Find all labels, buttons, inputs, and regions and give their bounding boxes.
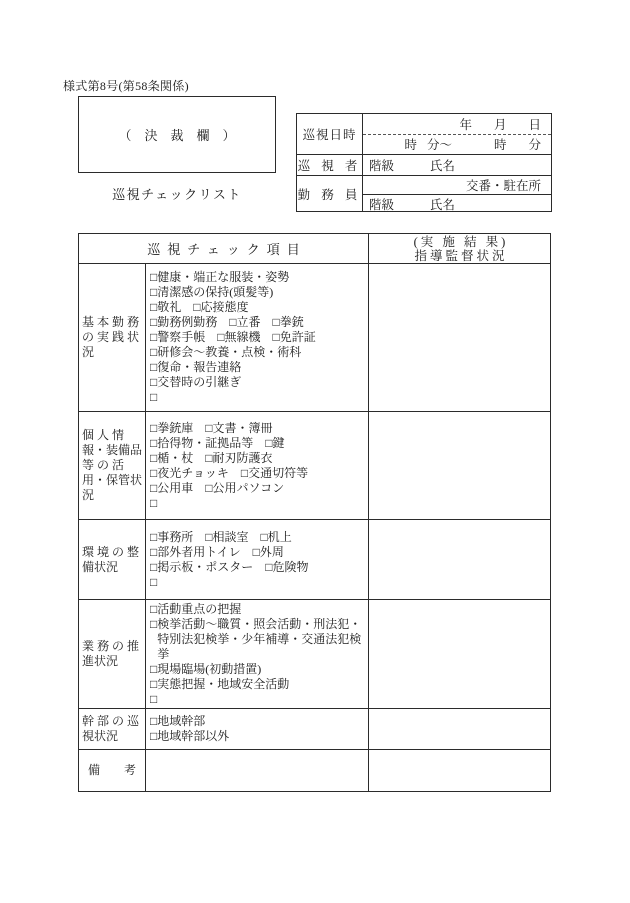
checklist-header-row: 巡視チェック項目 (実 施 結 果) 指導監督状況 bbox=[79, 234, 550, 264]
checkbox-icon: □ bbox=[150, 530, 157, 545]
check-items-cell: □地域幹部□地域幹部以外 bbox=[146, 709, 369, 749]
checkbox-icon: □ bbox=[150, 436, 157, 451]
minute-to-label: 分 bbox=[528, 135, 541, 153]
check-item-label: 無線機 bbox=[225, 330, 261, 345]
checkbox-icon: □ bbox=[205, 451, 212, 466]
checkbox-icon: □ bbox=[150, 466, 157, 481]
check-item-label: 耐刃防護衣 bbox=[213, 451, 273, 466]
checkbox-icon: □ bbox=[150, 617, 157, 662]
check-item-label: 事務所 bbox=[157, 530, 193, 545]
inspector-row: 巡 視 者 階級 氏名 bbox=[297, 154, 551, 175]
check-line: □ bbox=[150, 692, 365, 707]
inspector-name-label: 氏名 bbox=[430, 156, 455, 174]
check-item-label: 地域幹部 bbox=[157, 714, 205, 729]
check-line: □拳銃庫□文書・簿冊 bbox=[150, 421, 365, 436]
check-line: □警察手帳□無線機□免許証 bbox=[150, 330, 365, 345]
checkbox-icon: □ bbox=[217, 330, 224, 345]
checkbox-icon: □ bbox=[150, 575, 157, 590]
check-item: □ bbox=[150, 575, 157, 590]
checkbox-icon: □ bbox=[150, 729, 157, 744]
check-item: □免許証 bbox=[273, 330, 316, 345]
category-cell: 基 本 勤 務 の 実 践 状 況 bbox=[79, 264, 146, 411]
check-item-label: 現場臨場(初動措置) bbox=[157, 662, 261, 677]
result-cell bbox=[369, 412, 550, 519]
check-line: □事務所□相談室□机上 bbox=[150, 530, 365, 545]
checkbox-icon: □ bbox=[150, 545, 157, 560]
date-line: 年 月 日 bbox=[363, 114, 551, 134]
check-item-label: 警察手帳 bbox=[157, 330, 205, 345]
datetime-label: 巡視日時 bbox=[297, 114, 363, 154]
station-line: 交番・駐在所 bbox=[363, 176, 551, 195]
form-number: 様式第8号(第58条関係) bbox=[63, 77, 189, 94]
checkbox-icon: □ bbox=[150, 451, 157, 466]
check-item: □地域幹部以外 bbox=[150, 729, 229, 744]
result-cell bbox=[369, 709, 550, 749]
check-item: □活動重点の把握 bbox=[150, 602, 241, 617]
category-cell: 個 人 情 報・装備品 等 の 活 用・保管状 況 bbox=[79, 412, 146, 519]
day-label: 日 bbox=[528, 115, 541, 133]
check-line: □研修会～教養・点検・術科 bbox=[150, 345, 365, 360]
check-item: □外周 bbox=[253, 545, 284, 560]
check-item-label: 研修会～教養・点検・術科 bbox=[157, 345, 301, 360]
check-item-label: 夜光チョッキ bbox=[157, 466, 229, 481]
check-item: □研修会～教養・点検・術科 bbox=[150, 345, 301, 360]
check-item-label: 相談室 bbox=[213, 530, 249, 545]
checkbox-icon: □ bbox=[193, 300, 200, 315]
check-item-label: 活動重点の把握 bbox=[157, 602, 241, 617]
check-item-label: 机上 bbox=[268, 530, 292, 545]
checkbox-icon: □ bbox=[150, 602, 157, 617]
checklist-row: 基 本 勤 務 の 実 践 状 況□健康・端正な服装・姿勢□清潔感の保持(頭髪等… bbox=[79, 264, 550, 411]
checkbox-icon: □ bbox=[150, 300, 157, 315]
inspector-label: 巡 視 者 bbox=[297, 155, 363, 175]
check-item-label: 復命・報告連絡 bbox=[157, 360, 241, 375]
checkbox-icon: □ bbox=[205, 481, 212, 496]
year-label: 年 bbox=[459, 115, 472, 133]
check-items-cell: □事務所□相談室□机上□部外者用トイレ□外周□掲示板・ポスター□危険物□ bbox=[146, 520, 369, 599]
check-item-label: 交通切符等 bbox=[248, 466, 308, 481]
check-items-cell: □活動重点の把握□検挙活動～職質・照会活動・刑法犯・特別法犯検挙・少年補導・交通… bbox=[146, 600, 369, 708]
check-item: □公用パソコン bbox=[205, 481, 284, 496]
approval-box: （ 決 裁 欄 ） bbox=[78, 96, 276, 173]
check-item-label: 公用パソコン bbox=[213, 481, 285, 496]
check-item: □警察手帳 bbox=[150, 330, 205, 345]
check-item-label: 拳銃庫 bbox=[157, 421, 193, 436]
checkbox-icon: □ bbox=[273, 315, 280, 330]
check-item: □敬礼 bbox=[150, 300, 181, 315]
check-item: □危険物 bbox=[265, 560, 308, 575]
hour-to-label: 時 bbox=[494, 135, 507, 153]
staff-rankname-line: 階級 氏名 bbox=[363, 195, 551, 213]
check-item-label: 立番 bbox=[237, 315, 261, 330]
check-items-column-header: 巡視チェック項目 bbox=[79, 234, 369, 263]
check-item-label: 拾得物・証拠品等 bbox=[157, 436, 253, 451]
check-item-label: 危険物 bbox=[273, 560, 309, 575]
minute-from-label: 分～ bbox=[427, 135, 452, 153]
checkbox-icon: □ bbox=[229, 315, 236, 330]
check-item-label: 外周 bbox=[260, 545, 284, 560]
check-item-label: 文書・簿冊 bbox=[213, 421, 273, 436]
check-line: □清潔感の保持(頭髪等) bbox=[150, 285, 365, 300]
check-item-label: 地域幹部以外 bbox=[157, 729, 229, 744]
check-item: □文書・簿冊 bbox=[205, 421, 272, 436]
result-cell bbox=[369, 600, 550, 708]
check-line: □ bbox=[150, 390, 365, 405]
check-items-cell: □健康・端正な服装・姿勢□清潔感の保持(頭髪等)□敬礼□応接態度□勤務例勤務□立… bbox=[146, 264, 369, 411]
check-item: □公用車 bbox=[150, 481, 193, 496]
staff-row: 勤 務 員 交番・駐在所 階級 氏名 bbox=[297, 175, 551, 211]
checkbox-icon: □ bbox=[273, 330, 280, 345]
check-line: □夜光チョッキ□交通切符等 bbox=[150, 466, 365, 481]
check-line: □敬礼□応接態度 bbox=[150, 300, 365, 315]
check-item-label: 掲示板・ポスター bbox=[157, 560, 253, 575]
check-item: □相談室 bbox=[205, 530, 248, 545]
patrol-info-table: 巡視日時 年 月 日 時 分～ 時 分 巡 視 者 階級 氏名 勤 務 員 bbox=[296, 113, 552, 212]
check-line: □部外者用トイレ□外周 bbox=[150, 545, 365, 560]
check-item-label: 検挙活動～職質・照会活動・刑法犯・特別法犯検挙・少年補導・交通法犯検挙 bbox=[157, 617, 365, 662]
checkbox-icon: □ bbox=[150, 330, 157, 345]
checkbox-icon: □ bbox=[150, 662, 157, 677]
check-item: □楯・杖 bbox=[150, 451, 193, 466]
check-item: □夜光チョッキ bbox=[150, 466, 229, 481]
check-item: □掲示板・ポスター bbox=[150, 560, 253, 575]
check-items-cell bbox=[146, 750, 369, 791]
check-line: □ bbox=[150, 496, 365, 511]
check-item-label: 交替時の引継ぎ bbox=[157, 375, 241, 390]
check-item: □立番 bbox=[229, 315, 260, 330]
checklist-row: 環 境 の 整 備状況□事務所□相談室□机上□部外者用トイレ□外周□掲示板・ポス… bbox=[79, 519, 550, 599]
check-items-cell: □拳銃庫□文書・簿冊□拾得物・証拠品等□鍵□楯・杖□耐刃防護衣□夜光チョッキ□交… bbox=[146, 412, 369, 519]
staff-value-cell: 交番・駐在所 階級 氏名 bbox=[363, 176, 551, 211]
result-header-line2: 指導監督状況 bbox=[411, 249, 507, 263]
check-item: □勤務例勤務 bbox=[150, 315, 217, 330]
checklist-table: 巡視チェック項目 (実 施 結 果) 指導監督状況 基 本 勤 務 の 実 践 … bbox=[78, 233, 551, 792]
checklist-row: 幹 部 の 巡 視状況□地域幹部□地域幹部以外 bbox=[79, 708, 550, 749]
checkbox-icon: □ bbox=[253, 545, 260, 560]
checkbox-icon: □ bbox=[150, 560, 157, 575]
check-item-label: 応接態度 bbox=[201, 300, 249, 315]
check-line: □検挙活動～職質・照会活動・刑法犯・特別法犯検挙・少年補導・交通法犯検挙 bbox=[150, 617, 365, 662]
check-item-label: 敬礼 bbox=[157, 300, 181, 315]
checkbox-icon: □ bbox=[150, 714, 157, 729]
staff-name-label: 氏名 bbox=[430, 195, 455, 213]
check-item: □検挙活動～職質・照会活動・刑法犯・特別法犯検挙・少年補導・交通法犯検挙 bbox=[150, 617, 365, 662]
datetime-value-cell: 年 月 日 時 分～ 時 分 bbox=[363, 114, 551, 154]
check-line: □ bbox=[150, 575, 365, 590]
checkbox-icon: □ bbox=[150, 677, 157, 692]
checkbox-icon: □ bbox=[241, 466, 248, 481]
checkbox-icon: □ bbox=[205, 530, 212, 545]
result-cell bbox=[369, 520, 550, 599]
check-item: □無線機 bbox=[217, 330, 260, 345]
result-header-line1: (実 施 結 果) bbox=[411, 235, 509, 249]
check-line: □実態把握・地域安全活動 bbox=[150, 677, 365, 692]
check-line: □拾得物・証拠品等□鍵 bbox=[150, 436, 365, 451]
check-item: □復命・報告連絡 bbox=[150, 360, 241, 375]
check-line: □交替時の引継ぎ bbox=[150, 375, 365, 390]
checkbox-icon: □ bbox=[150, 692, 157, 707]
check-item: □健康・端正な服装・姿勢 bbox=[150, 270, 289, 285]
category-cell: 備 考 bbox=[79, 750, 146, 791]
check-item: □実態把握・地域安全活動 bbox=[150, 677, 289, 692]
datetime-row: 巡視日時 年 月 日 時 分～ 時 分 bbox=[297, 114, 551, 154]
check-item: □ bbox=[150, 496, 157, 511]
check-item-label: 部外者用トイレ bbox=[157, 545, 240, 560]
staff-label: 勤 務 員 bbox=[297, 176, 363, 211]
result-column-header: (実 施 結 果) 指導監督状況 bbox=[369, 234, 550, 263]
check-item: □机上 bbox=[261, 530, 292, 545]
checkbox-icon: □ bbox=[150, 270, 157, 285]
check-line: □現場臨場(初動措置) bbox=[150, 662, 365, 677]
inspector-rank-label: 階級 bbox=[369, 156, 394, 174]
category-cell: 環 境 の 整 備状況 bbox=[79, 520, 146, 599]
check-item: □ bbox=[150, 692, 157, 707]
checkbox-icon: □ bbox=[261, 530, 268, 545]
result-cell bbox=[369, 264, 550, 411]
check-item-label: 免許証 bbox=[280, 330, 316, 345]
check-item-label: 拳銃 bbox=[280, 315, 304, 330]
check-item: □拳銃 bbox=[273, 315, 304, 330]
checklist-row: 備 考 bbox=[79, 749, 550, 791]
approval-box-label: （ 決 裁 欄 ） bbox=[118, 125, 235, 144]
time-line: 時 分～ 時 分 bbox=[363, 135, 551, 155]
check-item: □交通切符等 bbox=[241, 466, 308, 481]
check-line: □地域幹部以外 bbox=[150, 729, 365, 744]
checkbox-icon: □ bbox=[150, 496, 157, 511]
checklist-row: 個 人 情 報・装備品 等 の 活 用・保管状 況□拳銃庫□文書・簿冊□拾得物・… bbox=[79, 411, 550, 519]
category-cell: 業 務 の 推 進状況 bbox=[79, 600, 146, 708]
check-line: □地域幹部 bbox=[150, 714, 365, 729]
check-item-label: 健康・端正な服装・姿勢 bbox=[157, 270, 289, 285]
check-item: □地域幹部 bbox=[150, 714, 205, 729]
check-item: □交替時の引継ぎ bbox=[150, 375, 241, 390]
checkbox-icon: □ bbox=[150, 285, 157, 300]
document-title: 巡視チェックリスト bbox=[78, 184, 276, 203]
category-cell: 幹 部 の 巡 視状況 bbox=[79, 709, 146, 749]
check-line: □掲示板・ポスター□危険物 bbox=[150, 560, 365, 575]
checkbox-icon: □ bbox=[265, 436, 272, 451]
check-item: □鍵 bbox=[265, 436, 284, 451]
check-item: □事務所 bbox=[150, 530, 193, 545]
check-line: □公用車□公用パソコン bbox=[150, 481, 365, 496]
checkbox-icon: □ bbox=[150, 390, 157, 405]
checkbox-icon: □ bbox=[265, 560, 272, 575]
check-line: □楯・杖□耐刃防護衣 bbox=[150, 451, 365, 466]
check-item: □耐刃防護衣 bbox=[205, 451, 272, 466]
checkbox-icon: □ bbox=[150, 360, 157, 375]
inspector-value-cell: 階級 氏名 bbox=[363, 155, 551, 175]
checkbox-icon: □ bbox=[150, 481, 157, 496]
check-item: □部外者用トイレ bbox=[150, 545, 241, 560]
check-item: □清潔感の保持(頭髪等) bbox=[150, 285, 273, 300]
result-cell bbox=[369, 750, 550, 791]
check-item: □拳銃庫 bbox=[150, 421, 193, 436]
checklist-sections: 基 本 勤 務 の 実 践 状 況□健康・端正な服装・姿勢□清潔感の保持(頭髪等… bbox=[79, 264, 550, 791]
checkbox-icon: □ bbox=[150, 315, 157, 330]
check-item: □拾得物・証拠品等 bbox=[150, 436, 253, 451]
checkbox-icon: □ bbox=[150, 375, 157, 390]
checklist-row: 業 務 の 推 進状況□活動重点の把握□検挙活動～職質・照会活動・刑法犯・特別法… bbox=[79, 599, 550, 708]
check-item-label: 勤務例勤務 bbox=[157, 315, 217, 330]
check-item: □応接態度 bbox=[193, 300, 248, 315]
check-line: □活動重点の把握 bbox=[150, 602, 365, 617]
check-item-label: 実態把握・地域安全活動 bbox=[157, 677, 289, 692]
check-line: □健康・端正な服装・姿勢 bbox=[150, 270, 365, 285]
staff-rank-label: 階級 bbox=[369, 195, 394, 213]
check-item: □ bbox=[150, 390, 157, 405]
check-line: □勤務例勤務□立番□拳銃 bbox=[150, 315, 365, 330]
month-label: 月 bbox=[494, 115, 507, 133]
check-item-label: 公用車 bbox=[157, 481, 193, 496]
checkbox-icon: □ bbox=[150, 345, 157, 360]
hour-from-label: 時 bbox=[404, 135, 417, 153]
check-item: □現場臨場(初動措置) bbox=[150, 662, 261, 677]
checkbox-icon: □ bbox=[205, 421, 212, 436]
check-line: □復命・報告連絡 bbox=[150, 360, 365, 375]
check-item-label: 楯・杖 bbox=[157, 451, 193, 466]
check-item-label: 清潔感の保持(頭髪等) bbox=[157, 285, 273, 300]
station-label: 交番・駐在所 bbox=[466, 176, 541, 194]
check-item-label: 鍵 bbox=[273, 436, 285, 451]
checkbox-icon: □ bbox=[150, 421, 157, 436]
